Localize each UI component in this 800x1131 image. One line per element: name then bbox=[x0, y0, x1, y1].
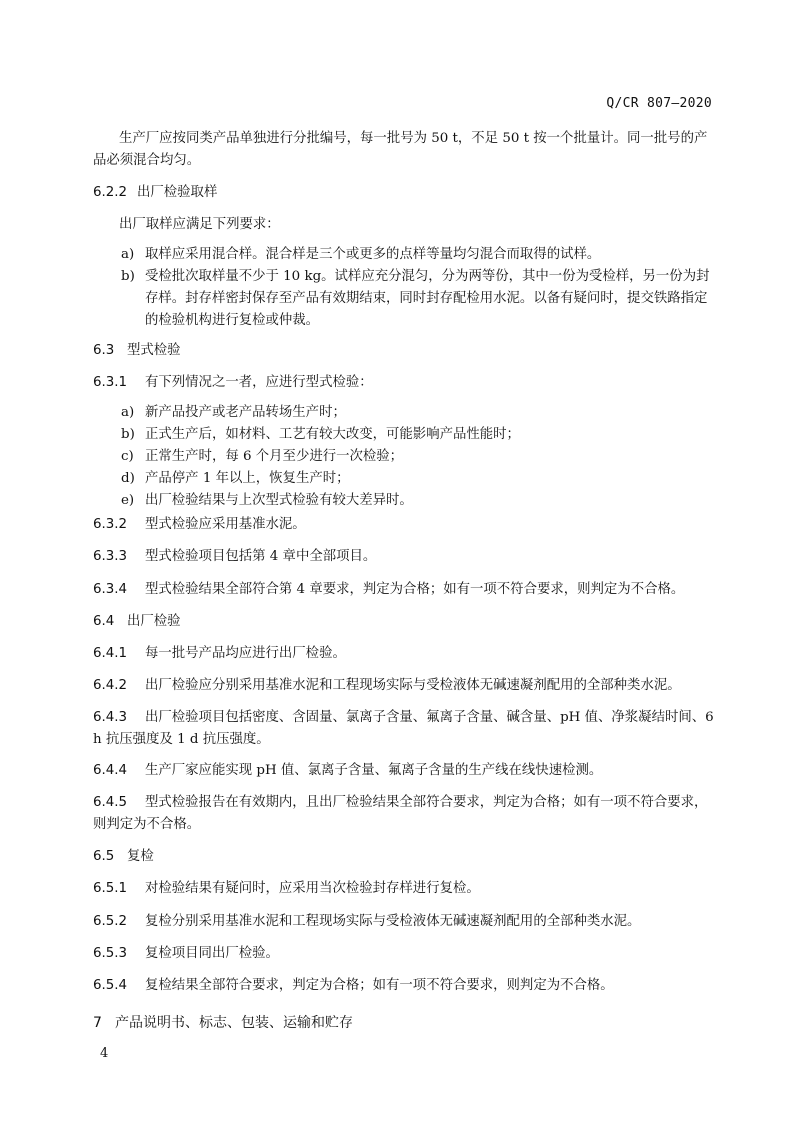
list-6-3-1: a)新产品投产或老产品转场生产时； b)正式生产后，如材料、工艺有较大改变，可能… bbox=[93, 402, 715, 512]
clause-number: 6.5.1 bbox=[93, 878, 145, 900]
list-item: a)取样应采用混合样。混合样是三个或更多的点样等量均匀混合而取得的试样。 bbox=[93, 244, 715, 266]
clause-6-4-2: 6.4.2出厂检验应分别采用基准水泥和工程现场实际与受检液体无碱速凝剂配用的全部… bbox=[93, 675, 715, 697]
heading-6-4: 6.4出厂检验 bbox=[93, 611, 715, 633]
list-marker: a) bbox=[121, 244, 134, 266]
list-marker: b) bbox=[121, 424, 135, 446]
clause-6-5-2: 6.5.2复检分别采用基准水泥和工程现场实际与受检液体无碱速凝剂配用的全部种类水… bbox=[93, 911, 715, 933]
clause-text: 型式检验结果全部符合第 4 章要求，判定为合格；如有一项不符合要求，则判定为不合… bbox=[145, 582, 684, 597]
clause-number: 6.4.3 bbox=[93, 707, 145, 729]
clause-text: 型式检验报告在有效期内，且出厂检验结果全部符合要求，判定为合格；如有一项不符合要… bbox=[93, 795, 707, 832]
clause-text: 出厂检验应分别采用基准水泥和工程现场实际与受检液体无碱速凝剂配用的全部种类水泥。 bbox=[145, 678, 681, 693]
list-marker: a) bbox=[121, 402, 134, 424]
heading-title: 复检 bbox=[127, 849, 154, 864]
clause-number: 6.3.3 bbox=[93, 546, 145, 568]
chapter-7-heading: 7产品说明书、标志、包装、运输和贮存 bbox=[93, 1012, 715, 1034]
heading-6-5: 6.5复检 bbox=[93, 846, 715, 868]
intro-paragraph: 生产厂应按同类产品单独进行分批编号，每一批号为 50 t，不足 50 t 按一个… bbox=[93, 128, 715, 172]
clause-number: 6.5.2 bbox=[93, 911, 145, 933]
clause-number: 6.4.2 bbox=[93, 675, 145, 697]
clause-text: 对检验结果有疑问时，应采用当次检验封存样进行复检。 bbox=[145, 881, 480, 896]
list-item: e)出厂检验结果与上次型式检验有较大差异时。 bbox=[93, 490, 715, 512]
clause-text: 出厂检验项目包括密度、含固量、氯离子含量、氟离子含量、碱含量、pH 值、净浆凝结… bbox=[93, 710, 714, 747]
list-item: d)产品停产 1 年以上，恢复生产时； bbox=[93, 468, 715, 490]
heading-number: 6.2.2 bbox=[93, 182, 137, 204]
chapter-number: 7 bbox=[93, 1012, 115, 1034]
clause-6-5-4: 6.5.4复检结果全部符合要求，判定为合格；如有一项不符合要求，则判定为不合格。 bbox=[93, 975, 715, 997]
list-item: b)受检批次取样量不少于 10 kg。试样应充分混匀，分为两等份，其中一份为受检… bbox=[93, 266, 715, 332]
clause-6-3-4: 6.3.4型式检验结果全部符合第 4 章要求，判定为合格；如有一项不符合要求，则… bbox=[93, 579, 715, 601]
clause-6-4-1: 6.4.1每一批号产品均应进行出厂检验。 bbox=[93, 643, 715, 665]
clause-number: 6.4.4 bbox=[93, 760, 145, 782]
clause-number: 6.4.1 bbox=[93, 643, 145, 665]
list-text: 出厂检验结果与上次型式检验有较大差异时。 bbox=[145, 493, 413, 508]
clause-text: 复检结果全部符合要求，判定为合格；如有一项不符合要求，则判定为不合格。 bbox=[145, 978, 614, 993]
list-marker: c) bbox=[121, 446, 134, 468]
clause-number: 6.4.5 bbox=[93, 792, 145, 814]
heading-6-3: 6.3型式检验 bbox=[93, 340, 715, 362]
clause-text: 生产厂家应能实现 pH 值、氯离子含量、氟离子含量的生产线在线快速检测。 bbox=[145, 763, 602, 778]
clause-6-5-1: 6.5.1对检验结果有疑问时，应采用当次检验封存样进行复检。 bbox=[93, 878, 715, 900]
heading-title: 型式检验 bbox=[127, 343, 181, 358]
list-text: 正常生产时，每 6 个月至少进行一次检验； bbox=[145, 449, 403, 464]
clause-number: 6.3.1 bbox=[93, 372, 145, 394]
heading-number: 6.4 bbox=[93, 611, 127, 633]
heading-title: 出厂检验取样 bbox=[137, 185, 217, 200]
page-number: 4 bbox=[100, 1046, 108, 1061]
list-marker: b) bbox=[121, 266, 135, 288]
list-item: c)正常生产时，每 6 个月至少进行一次检验； bbox=[93, 446, 715, 468]
list-text: 取样应采用混合样。混合样是三个或更多的点样等量均匀混合而取得的试样。 bbox=[145, 247, 600, 262]
chapter-title: 产品说明书、标志、包装、运输和贮存 bbox=[115, 1015, 353, 1031]
clause-6-4-5: 6.4.5型式检验报告在有效期内，且出厂检验结果全部符合要求，判定为合格；如有一… bbox=[93, 792, 715, 836]
list-text: 受检批次取样量不少于 10 kg。试样应充分混匀，分为两等份，其中一份为受检样，… bbox=[145, 269, 709, 328]
clause-6-5-3: 6.5.3复检项目同出厂检验。 bbox=[93, 943, 715, 965]
clause-number: 6.5.3 bbox=[93, 943, 145, 965]
list-item: b)正式生产后，如材料、工艺有较大改变，可能影响产品性能时； bbox=[93, 424, 715, 446]
clause-text: 型式检验项目包括第 4 章中全部项目。 bbox=[145, 549, 376, 564]
list-text: 产品停产 1 年以上，恢复生产时； bbox=[145, 471, 350, 486]
clause-text: 复检项目同出厂检验。 bbox=[145, 946, 279, 961]
clause-number: 6.3.2 bbox=[93, 514, 145, 536]
list-text: 新产品投产或老产品转场生产时； bbox=[145, 405, 346, 420]
clause-6-4-4: 6.4.4生产厂家应能实现 pH 值、氯离子含量、氟离子含量的生产线在线快速检测… bbox=[93, 760, 715, 782]
clause-6-3-1: 6.3.1有下列情况之一者，应进行型式检验： bbox=[93, 372, 715, 394]
clause-number: 6.3.4 bbox=[93, 579, 145, 601]
clause-6-3-2: 6.3.2型式检验应采用基准水泥。 bbox=[93, 514, 715, 536]
clause-text: 复检分别采用基准水泥和工程现场实际与受检液体无碱速凝剂配用的全部种类水泥。 bbox=[145, 914, 640, 929]
list-item: a)新产品投产或老产品转场生产时； bbox=[93, 402, 715, 424]
clause-text: 型式检验应采用基准水泥。 bbox=[145, 517, 306, 532]
paragraph-6-2-2-lead: 出厂取样应满足下列要求： bbox=[93, 214, 715, 236]
clause-number: 6.5.4 bbox=[93, 975, 145, 997]
heading-number: 6.5 bbox=[93, 846, 127, 868]
doc-code: Q/CR 807—2020 bbox=[606, 96, 712, 111]
heading-title: 出厂检验 bbox=[127, 614, 181, 629]
clause-text: 每一批号产品均应进行出厂检验。 bbox=[145, 646, 346, 661]
list-text: 正式生产后，如材料、工艺有较大改变，可能影响产品性能时； bbox=[145, 427, 520, 442]
list-6-2-2: a)取样应采用混合样。混合样是三个或更多的点样等量均匀混合而取得的试样。 b)受… bbox=[93, 244, 715, 332]
list-marker: d) bbox=[121, 468, 135, 490]
list-marker: e) bbox=[121, 490, 134, 512]
heading-6-2-2: 6.2.2出厂检验取样 bbox=[93, 182, 715, 204]
clause-text: 有下列情况之一者，应进行型式检验： bbox=[145, 375, 373, 390]
clause-6-4-3: 6.4.3出厂检验项目包括密度、含固量、氯离子含量、氟离子含量、碱含量、pH 值… bbox=[93, 707, 715, 751]
heading-number: 6.3 bbox=[93, 340, 127, 362]
clause-6-3-3: 6.3.3型式检验项目包括第 4 章中全部项目。 bbox=[93, 546, 715, 568]
